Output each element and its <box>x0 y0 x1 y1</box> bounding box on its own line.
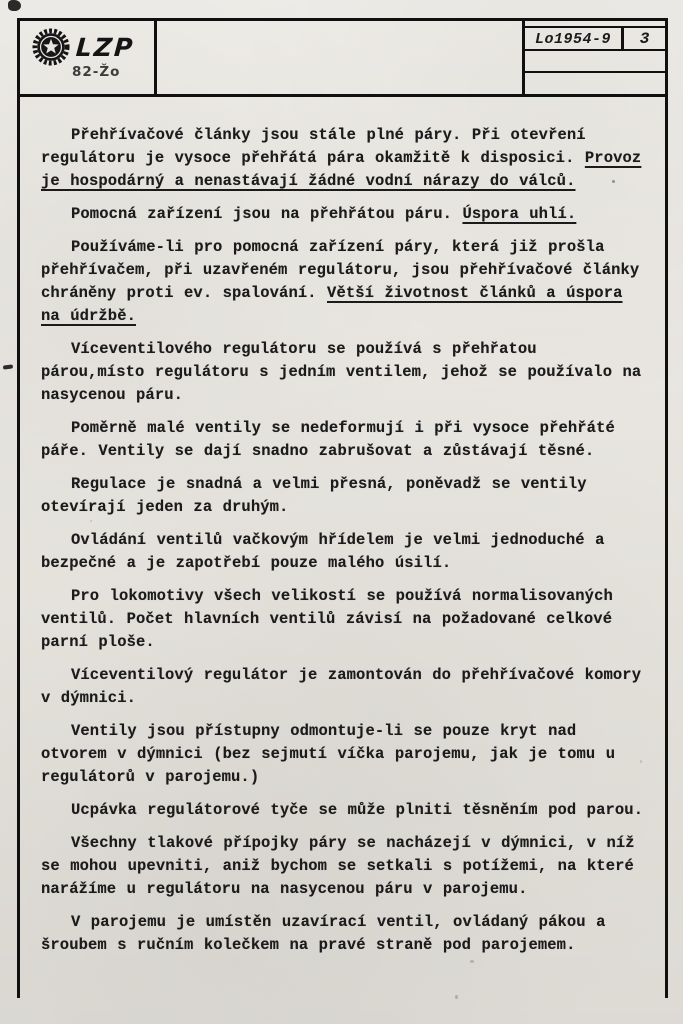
underlined-text: Úspora uhlí. <box>462 205 576 223</box>
logo: LZP <box>32 28 154 66</box>
paragraph: Pro lokomotivy všech velikostí se použív… <box>41 585 647 654</box>
margin-mark <box>3 364 13 369</box>
paragraph: Ventily jsou přístupny odmontuje-li se p… <box>41 720 647 789</box>
text-run: Víceventilový regulátor je zamontován do… <box>41 666 641 707</box>
text-run: V parojemu je umístěn uzavírací ventil, … <box>41 913 605 954</box>
text-run: Ucpávka regulátorové tyče se může plniti… <box>71 801 643 819</box>
header-middle-box <box>157 21 522 94</box>
logo-text: LZP <box>75 33 135 62</box>
header-empty-row <box>525 73 665 94</box>
header-right-box: Lo1954-9 3 <box>522 21 665 94</box>
text-run: Poměrně malé ventily se nedeformují i př… <box>41 419 615 460</box>
text-run: Všechny tlakové přípojky páry se nacháze… <box>41 834 635 898</box>
logo-code: 82-Žo <box>72 64 154 80</box>
page-frame: LZP 82-Žo Lo1954-9 3 Přehřívačové články… <box>17 18 668 998</box>
paragraph: Ucpávka regulátorové tyče se může plniti… <box>41 799 647 822</box>
paragraph: Regulace je snadná a velmi přesná, poněv… <box>41 473 647 519</box>
text-run: Ovládání ventilů vačkovým hřídelem je ve… <box>41 531 604 572</box>
header-empty-row <box>525 51 665 73</box>
page-number: 3 <box>621 28 665 49</box>
paragraph: Pomocná zařízení jsou na přehřátou páru.… <box>41 203 647 226</box>
paragraph: V parojemu je umístěn uzavírací ventil, … <box>41 911 647 957</box>
star-badge-icon <box>32 28 70 66</box>
logo-box: LZP 82-Žo <box>20 21 157 94</box>
paragraph: Víceventilového regulátoru se používá s … <box>41 338 647 407</box>
paragraph: Používáme-li pro pomocná zařízení páry, … <box>41 236 647 328</box>
document-body: Přehřívačové články jsou stále plné páry… <box>20 97 665 957</box>
scanned-page: { "colors": { "paper": "#e9e6e0", "ink":… <box>0 0 683 1024</box>
header-number-row: Lo1954-9 3 <box>525 26 665 51</box>
paragraph: Víceventilový regulátor je zamontován do… <box>41 664 647 710</box>
text-run: Pro lokomotivy všech velikostí se použív… <box>41 587 613 651</box>
scan-smudge <box>8 0 21 11</box>
paragraph: Přehřívačové články jsou stále plné páry… <box>41 124 647 193</box>
text-run: Regulace je snadná a velmi přesná, poněv… <box>41 475 587 516</box>
text-run: Víceventilového regulátoru se používá s … <box>41 340 641 404</box>
header: LZP 82-Žo Lo1954-9 3 <box>20 21 665 97</box>
paragraph: Ovládání ventilů vačkovým hřídelem je ve… <box>41 529 647 575</box>
paragraph: Poměrně malé ventily se nedeformují i př… <box>41 417 647 463</box>
text-run: Pomocná zařízení jsou na přehřátou páru. <box>71 205 462 223</box>
text-run: Ventily jsou přístupny odmontuje-li se p… <box>41 722 615 786</box>
text-run: Přehřívačové články jsou stále plné páry… <box>41 126 586 167</box>
paragraph: Všechny tlakové přípojky páry se nacháze… <box>41 832 647 901</box>
doc-number: Lo1954-9 <box>525 28 621 49</box>
